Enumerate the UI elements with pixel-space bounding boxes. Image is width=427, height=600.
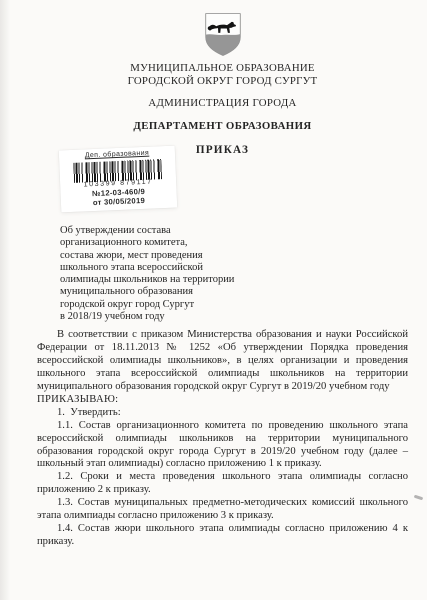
order-item-1-4: 1.4. Состав жюри школьного этапа олимпиа… xyxy=(37,523,408,549)
org-name-line1: МУНИЦИПАЛЬНОЕ ОБРАЗОВАНИЕ xyxy=(37,62,408,75)
intro-paragraph: В соответствии с приказом Министерства о… xyxy=(37,329,408,394)
subject-line: школьного этапа всероссийской xyxy=(60,262,260,274)
order-item-1-1: 1.1. Состав организационного комитета по… xyxy=(37,420,408,472)
scan-artifact xyxy=(414,495,423,501)
administration-line: АДМИНИСТРАЦИЯ ГОРОДА xyxy=(37,97,408,110)
order-item-1: 1. Утвердить: xyxy=(37,407,408,420)
department-line: ДЕПАРТАМЕНТ ОБРАЗОВАНИЯ xyxy=(37,120,408,133)
scanned-order-page: МУНИЦИПАЛЬНОЕ ОБРАЗОВАНИЕ ГОРОДСКОЙ ОКРУ… xyxy=(0,0,427,600)
org-name-line2: ГОРОДСКОЙ ОКРУГ ГОРОД СУРГУТ xyxy=(37,75,408,88)
subject-line: организационного комитета, xyxy=(60,237,260,249)
order-item-1-2: 1.2. Сроки и места проведения школьного … xyxy=(37,471,408,497)
subject-line: городской округ город Сургут xyxy=(60,299,260,311)
subject-line: муниципального образования xyxy=(60,286,260,298)
subject-line: состава жюри, мест проведения xyxy=(60,250,260,262)
subject-line: олимпиады школьников на территории xyxy=(60,274,260,286)
subject-block: Об утверждении состава организационного … xyxy=(60,225,260,323)
subject-line: Об утверждении состава xyxy=(60,225,260,237)
subject-line: в 2018/19 учебном году xyxy=(60,311,260,323)
document-header: МУНИЦИПАЛЬНОЕ ОБРАЗОВАНИЕ ГОРОДСКОЙ ОКРУ… xyxy=(37,12,408,157)
surgut-fox-emblem-icon xyxy=(203,12,243,58)
order-item-1-3: 1.3. Состав муниципальных предметно-мето… xyxy=(37,497,408,523)
document-content: МУНИЦИПАЛЬНОЕ ОБРАЗОВАНИЕ ГОРОДСКОЙ ОКРУ… xyxy=(37,10,408,549)
order-body: В соответствии с приказом Министерства о… xyxy=(37,329,408,548)
registration-stamp: Деп. образования 103399 879117 №12-03-46… xyxy=(59,146,177,213)
decree-word: ПРИКАЗЫВАЮ: xyxy=(37,394,408,407)
